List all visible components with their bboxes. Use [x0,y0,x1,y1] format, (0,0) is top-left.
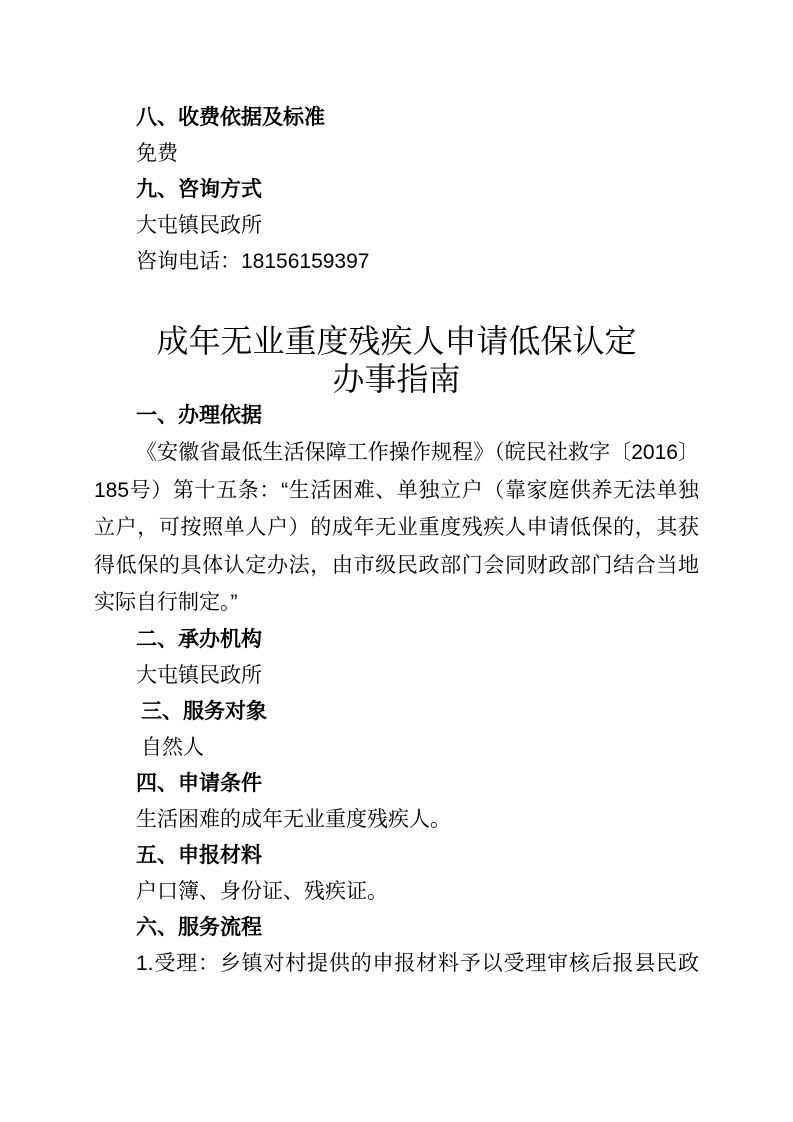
section-heading-9: 九、咨询方式 [94,172,699,208]
section-heading-2: 二、承办机构 [94,622,699,658]
document-title-line2: 办事指南 [94,360,699,398]
phone-line: 咨询电话：18156159397 [94,244,699,280]
section-heading-5: 五、申报材料 [94,838,699,874]
document-title-line1: 成年无业重度残疾人申请低保认定 [94,322,699,360]
fee-text: 免费 [94,136,699,172]
office-name: 大屯镇民政所 [94,208,699,244]
document-title: 成年无业重度残疾人申请低保认定 办事指南 [94,322,699,398]
document-page: 八、收费依据及标准 免费 九、咨询方式 大屯镇民政所 咨询电话：18156159… [0,0,793,1122]
document-content: 八、收费依据及标准 免费 九、咨询方式 大屯镇民政所 咨询电话：18156159… [0,0,793,982]
section-heading-1: 一、办理依据 [94,398,699,434]
legal-basis-paragraph: 《安徽省最低生活保障工作操作规程》（皖民社救字〔2016〕185号）第十五条：“… [94,434,699,622]
undertaking-office: 大屯镇民政所 [94,658,699,694]
service-target: 自然人 [94,730,699,766]
application-conditions: 生活困难的成年无业重度残疾人。 [94,802,699,838]
section-heading-3: 三、服务对象 [94,694,699,730]
section-heading-4: 四、申请条件 [94,766,699,802]
service-process-line: 1.受理：乡镇对村提供的申报材料予以受理审核后报县民政 [94,946,699,982]
section-heading-6: 六、服务流程 [94,910,699,946]
section-heading-8: 八、收费依据及标准 [94,100,699,136]
required-materials: 户口簿、身份证、残疾证。 [94,874,699,910]
